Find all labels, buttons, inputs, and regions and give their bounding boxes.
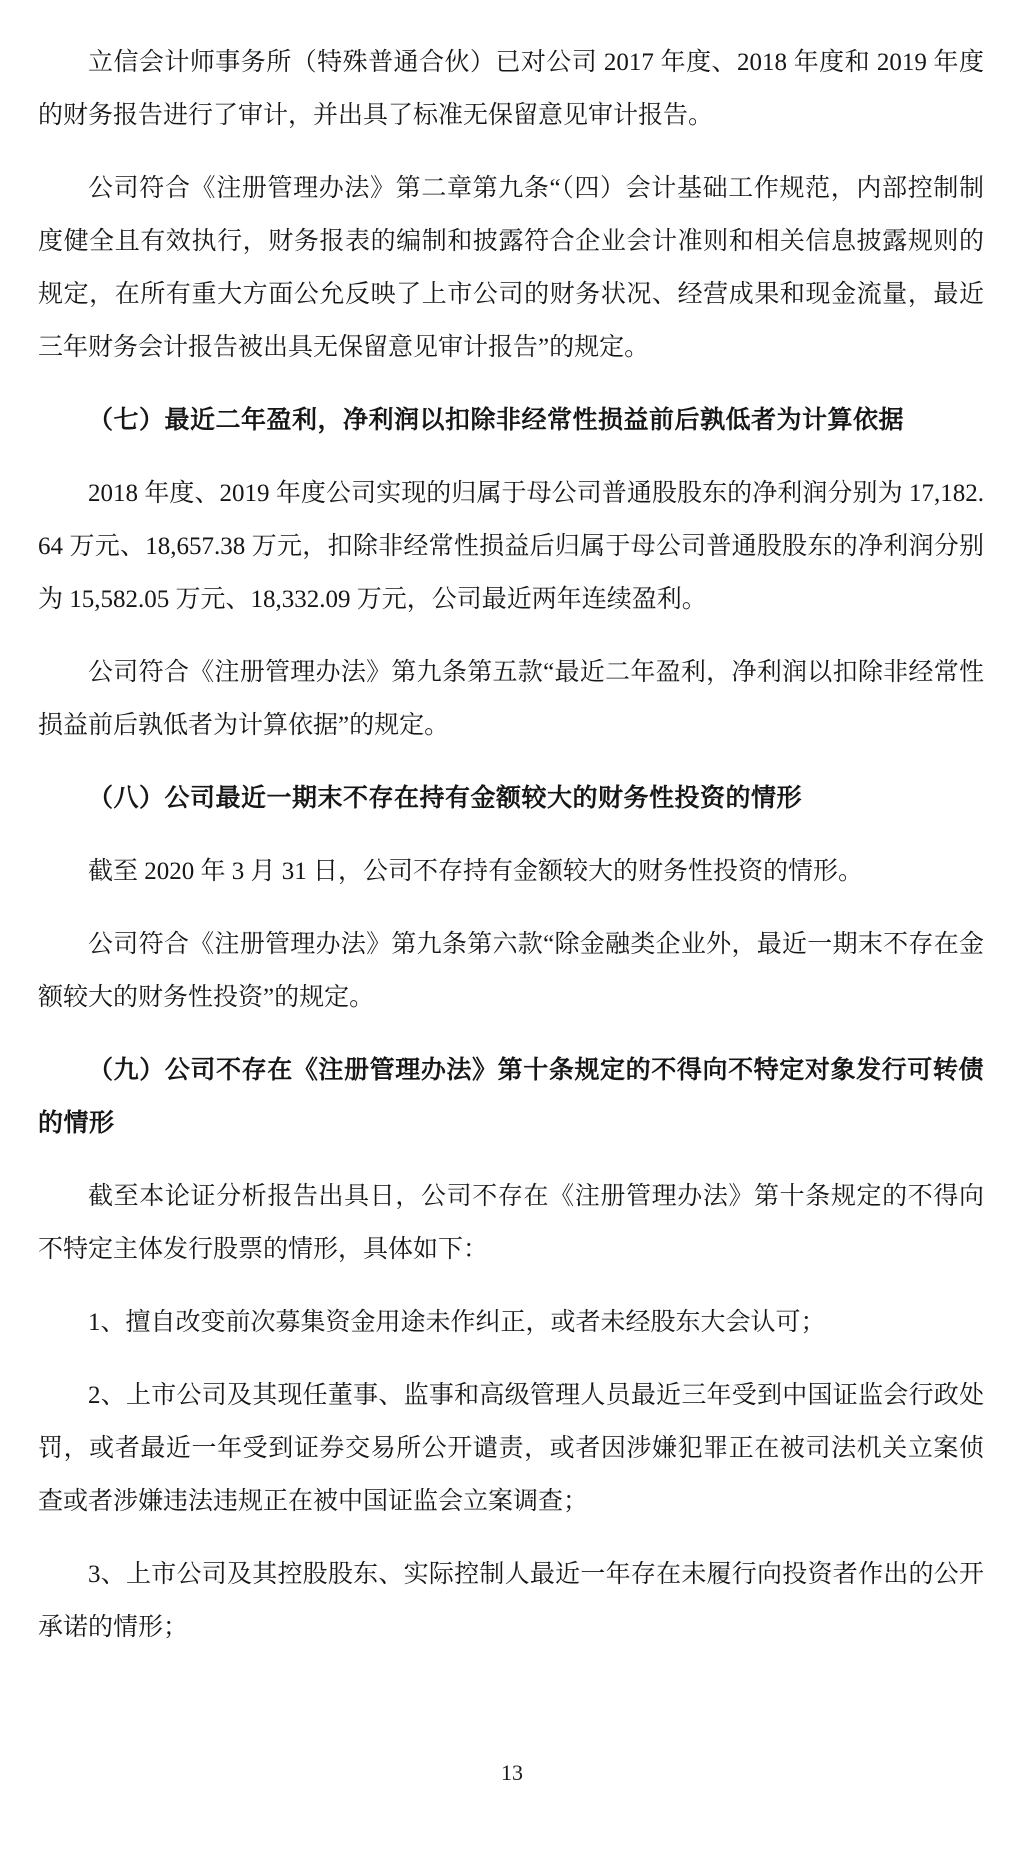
paragraph: 公司符合《注册管理办法》第九条第五款“最近二年盈利，净利润以扣除非经常性损益前后… [38, 646, 984, 752]
section-heading: （八）公司最近一期末不存在持有金额较大的财务性投资的情形 [38, 772, 984, 825]
paragraph: 截至本论证分析报告出具日，公司不存在《注册管理办法》第十条规定的不得向不特定主体… [38, 1170, 984, 1276]
paragraph: 截至 2020 年 3 月 31 日，公司不存持有金额较大的财务性投资的情形。 [38, 845, 984, 898]
paragraph: 公司符合《注册管理办法》第二章第九条“（四）会计基础工作规范，内部控制制度健全且… [38, 162, 984, 374]
list-item: 2、上市公司及其现任董事、监事和高级管理人员最近三年受到中国证监会行政处罚，或者… [38, 1369, 984, 1528]
document-page: 立信会计师事务所（特殊普通合伙）已对公司 2017 年度、2018 年度和 20… [0, 0, 1024, 1856]
paragraph: 公司符合《注册管理办法》第九条第六款“除金融类企业外，最近一期末不存在金额较大的… [38, 918, 984, 1024]
list-item: 1、擅自改变前次募集资金用途未作纠正，或者未经股东大会认可； [38, 1296, 984, 1349]
paragraph: 2018 年度、2019 年度公司实现的归属于母公司普通股股东的净利润分别为 1… [38, 467, 984, 626]
section-heading: （七）最近二年盈利，净利润以扣除非经常性损益前后孰低者为计算依据 [38, 394, 984, 447]
document-body: 立信会计师事务所（特殊普通合伙）已对公司 2017 年度、2018 年度和 20… [0, 0, 1024, 1654]
section-heading: （九）公司不存在《注册管理办法》第十条规定的不得向不特定对象发行可转债的情形 [38, 1044, 984, 1150]
page-number: 13 [0, 1758, 1024, 1788]
paragraph: 立信会计师事务所（特殊普通合伙）已对公司 2017 年度、2018 年度和 20… [38, 36, 984, 142]
list-item: 3、上市公司及其控股股东、实际控制人最近一年存在未履行向投资者作出的公开承诺的情… [38, 1548, 984, 1654]
